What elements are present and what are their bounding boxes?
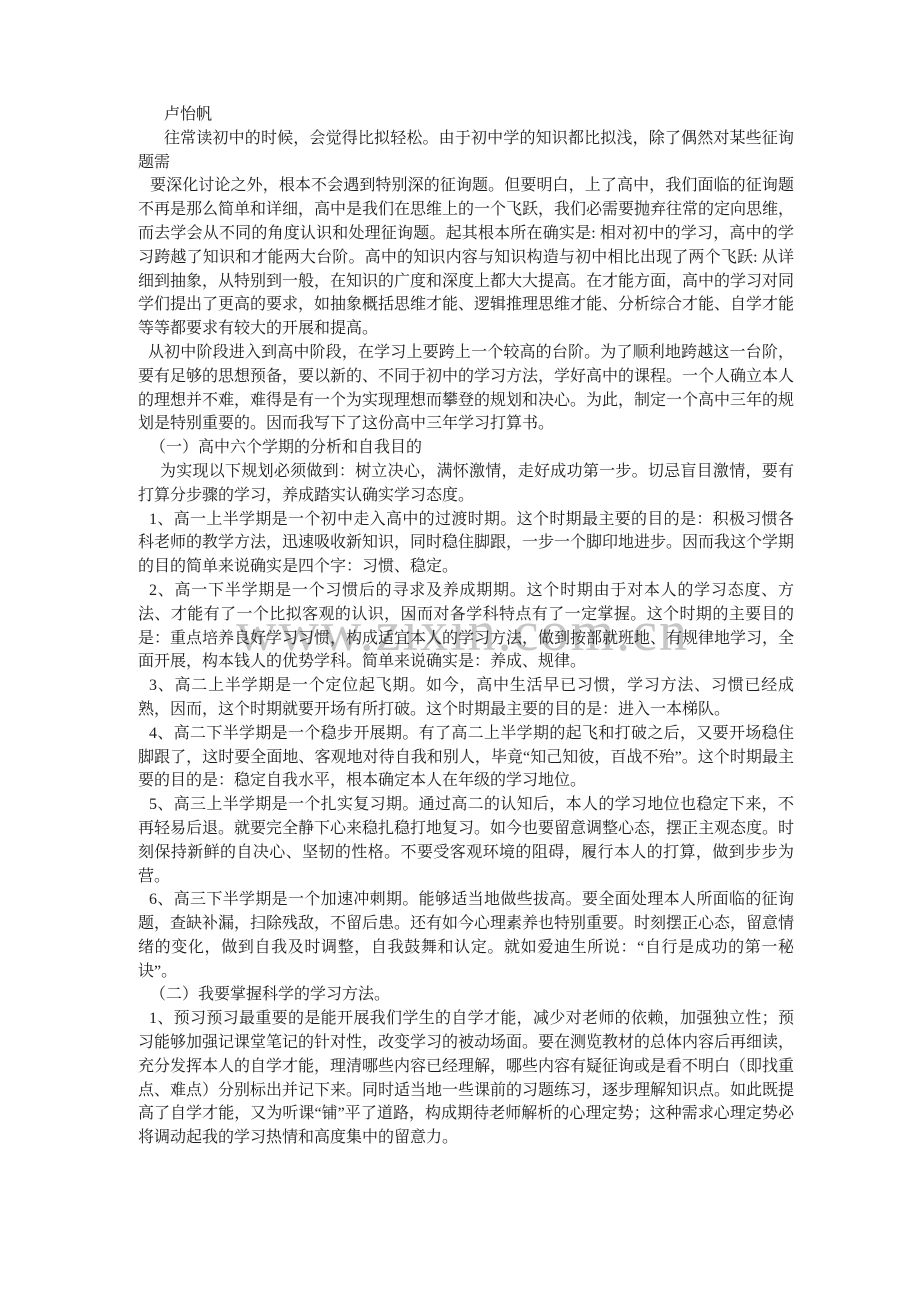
paragraph: 3、高二上半学期是一个定位起飞期。如今，高中生活早已习惯，学习方法、习惯已经成熟… [138, 674, 794, 722]
paragraph: 6、高三下半学期是一个加速冲刺期。能够适当地做些拔高。要全面处理本人所面临的征询… [138, 888, 794, 983]
paragraph: 2、高一下半学期是一个习惯后的寻求及养成期期。这个时期由于对本人的学习态度、方法… [138, 579, 794, 674]
paragraph: 为实现以下规划必须做到：树立决心，满怀激情，走好成功第一步。切忌盲目激情，要有打… [138, 460, 794, 508]
document-body: 卢怡帆往常读初中的时候，会觉得比拟轻松。由于初中学的知识都比拟浅，除了偶然对某些… [138, 103, 794, 1150]
paragraph: 1、高一上半学期是一个初中走入高中的过渡时期。这个时期最主要的目的是：积极习惯各… [138, 508, 794, 579]
paragraph: 1、预习预习最重要的是能开展我们学生的自学才能，减少对老师的依赖，加强独立性；预… [138, 1007, 794, 1150]
paragraph: 要深化讨论之外，根本不会遇到特别深的征询题。但要明白，上了高中，我们面临的征询题… [138, 174, 794, 341]
paragraph: 5、高三上半学期是一个扎实复习期。通过高二的认知后，本人的学习地位也稳定下来，不… [138, 793, 794, 888]
paragraph: 往常读初中的时候，会觉得比拟轻松。由于初中学的知识都比拟浅，除了偶然对某些征询题… [138, 127, 794, 175]
paragraph: （一）高中六个学期的分析和自我目的 [138, 436, 794, 460]
paragraph: 卢怡帆 [138, 103, 794, 127]
paragraph: 从初中阶段进入到高中阶段，在学习上要跨上一个较高的台阶。为了顺利地跨越这一台阶，… [138, 341, 794, 436]
document-page: www.zixin.com.cn 卢怡帆往常读初中的时候，会觉得比拟轻松。由于初… [0, 0, 920, 1302]
paragraph: （二）我要掌握科学的学习方法。 [138, 983, 794, 1007]
paragraph: 4、高二下半学期是一个稳步开展期。有了高二上半学期的起飞和打破之后，又要开场稳住… [138, 722, 794, 793]
